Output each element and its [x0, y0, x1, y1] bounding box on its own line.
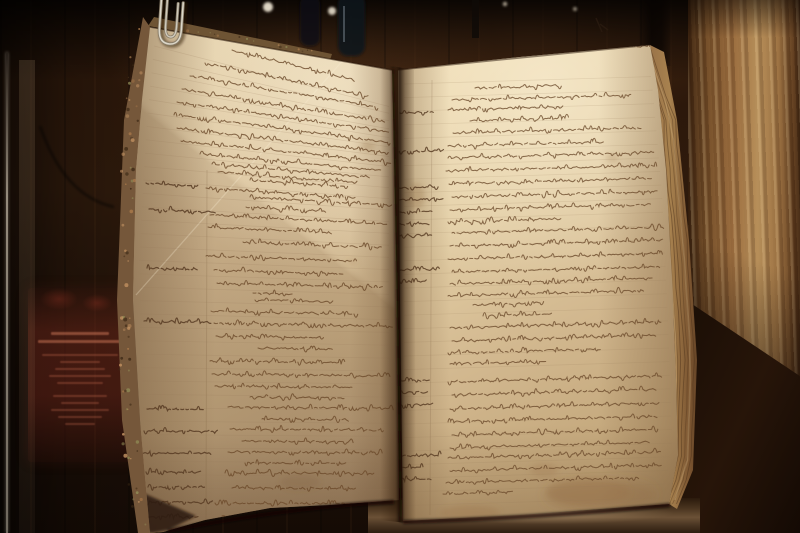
paperclip	[158, 0, 185, 46]
golden-glass-reflection	[688, 0, 800, 533]
pole-reflection	[472, 0, 479, 38]
glass-reflection-band	[19, 60, 35, 533]
light-glint	[503, 2, 507, 6]
wood-plank-seams	[0, 0, 800, 533]
placard-text-line	[51, 332, 109, 335]
case-corner-seam	[638, 0, 672, 66]
placard-text-line	[38, 340, 122, 343]
placard-text-line	[65, 423, 95, 425]
placard-text-line	[57, 382, 103, 384]
placard-reflection	[28, 288, 132, 462]
page-top-edge	[398, 45, 650, 70]
glass-frame-highlight	[6, 52, 8, 533]
bottle-silhouette	[300, 0, 320, 46]
placard-text-line	[53, 395, 107, 397]
case-top-shadow	[0, 0, 800, 80]
cover-corner-shadow	[141, 493, 196, 533]
manuscript-right-page	[396, 40, 688, 533]
paper-stain	[546, 479, 630, 505]
ruled-lines	[404, 77, 672, 506]
book-gutter	[380, 64, 416, 524]
placard-text-line	[60, 361, 100, 363]
placard-text-line	[55, 368, 105, 370]
manuscript-left-page	[130, 20, 405, 533]
paper-stain	[440, 505, 500, 521]
page-top-edge	[150, 27, 392, 70]
book-bottom-shadow	[403, 505, 670, 522]
seal-reflection	[82, 294, 112, 312]
light-glint	[263, 2, 273, 12]
light-glint	[573, 7, 577, 11]
placard-text-line	[42, 354, 118, 356]
paper-stain	[361, 141, 375, 151]
dark-wood-wedge	[600, 280, 800, 533]
page-crease	[206, 170, 207, 530]
paper-stain	[347, 259, 357, 265]
seal-reflection	[40, 288, 78, 310]
twig-reflection	[596, 18, 608, 32]
display-shelf	[368, 498, 700, 533]
light-glint	[328, 7, 336, 15]
placard-text-line	[58, 416, 102, 418]
paper-stain	[530, 463, 558, 477]
paper-stain	[606, 154, 618, 162]
page-fore-edge	[626, 45, 697, 509]
manuscript-book	[0, 0, 800, 533]
paper-stain	[407, 183, 425, 209]
wood-paneling	[0, 0, 800, 533]
case-left-shadow	[0, 0, 150, 533]
placard-text-line	[51, 409, 109, 411]
placard-text-line	[61, 402, 99, 404]
fold-highlight	[136, 58, 345, 295]
bottle-silhouette	[338, 0, 365, 56]
glass-reflections	[263, 0, 608, 56]
handwriting-right	[396, 44, 664, 495]
handwriting-left	[140, 50, 393, 520]
photo-vignette	[0, 0, 800, 533]
paper-stain	[280, 474, 320, 490]
book-bottom-shadow	[168, 502, 394, 531]
ruled-lines	[139, 46, 389, 516]
placard-text-line	[49, 375, 111, 377]
marbled-cover-edge	[117, 17, 332, 533]
wood-carving-arc	[40, 126, 114, 207]
paper-stain	[545, 479, 655, 511]
museum-case-photo	[0, 0, 800, 533]
page-crease	[430, 80, 432, 515]
